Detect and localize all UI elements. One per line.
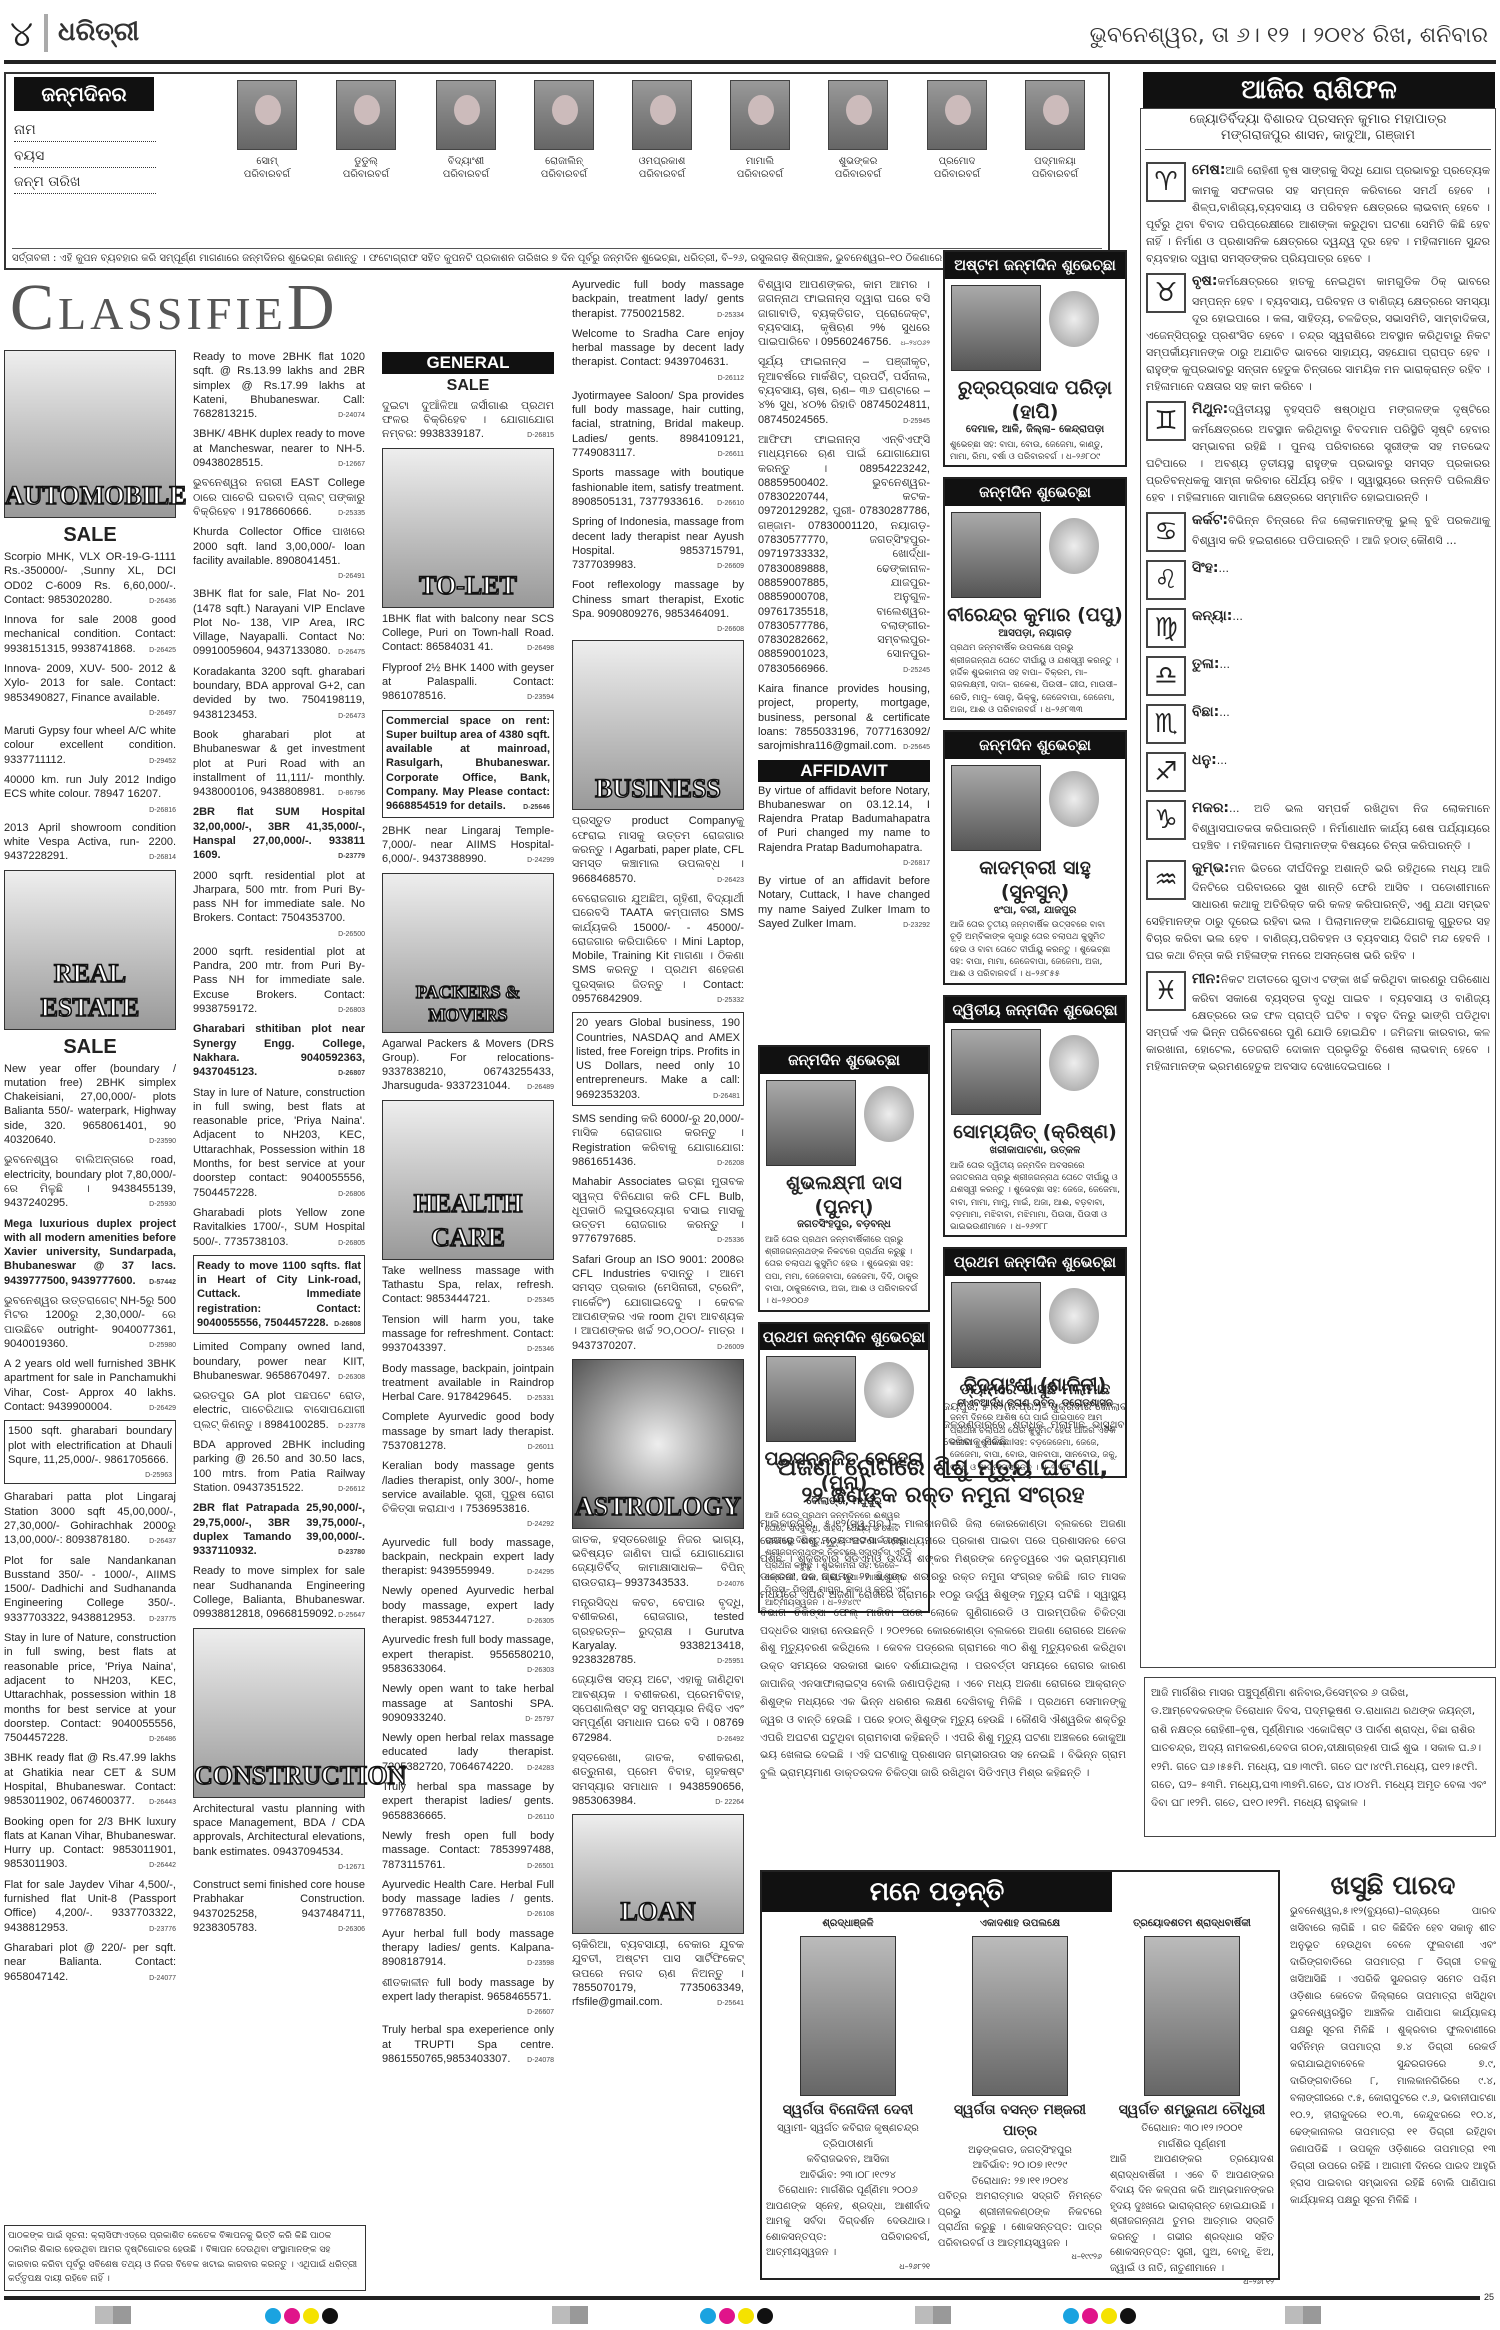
classified-ad: ଚାକିରିଆ, ବ୍ୟବସାୟୀ, ବେକାର ଯୁବକ ଯୁବତୀ, ଅଷ୍… [572,1938,744,2009]
fish-body: ଜୟପୁର, ୫।୧୨(ନି.ପ୍ର.)– ଶୁକ୍ରବାର କୋଲାବ ଜଳଭ… [943,1399,1127,1453]
sign-name: ବୃଷ: [1192,273,1217,289]
mercury-news: ଖସୁଛି ପାରଦ ଭୁବନେଶ୍ୱର,୫।୧୨(ବ୍ୟୁରୋ)–ରାଜ୍ୟର… [1290,1870,1496,2209]
affidavit-heading: AFFIDAVIT [758,760,930,782]
ad-text: 3BHK flat for sale, Flat No- 201 (1478 s… [193,588,365,657]
classified-ad: Limited Company owned land, boundary, po… [193,1340,365,1383]
sign-text: ... [1219,562,1230,575]
kid-name: ପଦ୍ମାଳୟା [1025,156,1085,169]
print-color-registration [265,2308,338,2324]
kid-photo [1025,80,1085,150]
registration-dot [700,2308,716,2324]
ad-code: D-26608 [717,625,744,634]
ad-code: D-26814 [149,853,176,862]
astrology-ads: ଜାତକ, ହସ୍ତରେଖାରୁ ନିଜର ଭାଗ୍ୟ, ଭବିଷ୍ୟତ ଜାଣ… [572,1533,744,1808]
kid-family: ପରିବାରବର୍ଗ [828,169,888,182]
horoscope-sign: ♓ମୀନ:ନିକଟ ଅତୀତରେ ଗୁଡାଏ ଟଙ୍କା ଖର୍ଚ୍ଚ କରିଥ… [1146,969,1490,1080]
ad-text: ସୂର୍ଯ୍ୟ ଫାଇନାନ୍ସ – ପଞ୍ଜୀକୃତ, ନୂଆବର୍ଷରେ ମ… [758,356,930,425]
ad-text: Stay in lure of Nature, construction in … [193,1087,365,1199]
classified-ad: Koradakanta 3200 sqft. gharabari boundar… [193,665,365,722]
ad-text: ବିଶ୍ୱାସ ଆପଣଙ୍କର, କାମ ଆମର । ଜଗନ୍ନାଥ ଫାଇନା… [758,279,930,348]
classified-ad: Gharabari sthitiban plot near Synergy En… [193,1022,365,1079]
packers-ads: Agarwal Packers & Movers (DRS Group). Fo… [382,1037,554,1094]
classified-ad: A 2 years old well furnished 3BHK apartm… [4,1357,176,1414]
birthday-wish-card: ଦ୍ୱିତୀୟ ଜନ୍ମଦିନ ଶୁଭେଚ୍ଛା ସୋମ୍ୟଜିତ୍ (କ୍ରି… [943,995,1127,1238]
coupon-kid: ଶୁଭଙ୍କର ପରିବାରବର୍ଗ [828,80,888,181]
sign-name: ଧନୁ: [1192,752,1217,768]
ad-code: D-26437 [149,1537,176,1546]
classified-ad: 2013 April showroom condition white Vesp… [4,821,176,864]
obit-code: ଧ–୧୯୯୨୬ [938,2251,1102,2263]
kid-name: ଶୁଭଙ୍କର [828,156,888,169]
classified-ad: Truly herbal spa massage by expert thera… [382,1780,554,1823]
classified-ad: By virtue of an affidavit before Notary,… [758,874,930,931]
wish-header: ଦ୍ୱିତୀୟ ଜନ୍ମଦିନ ଶୁଭେଚ୍ଛା [945,997,1125,1024]
horoscope-sign: ♋କର୍କଟ:ବିଭିନ୍ନ ଚିନ୍ତାରେ ନିଜ ଲୋକମାନଙ୍କୁ ଭ… [1146,510,1490,558]
wish-name: ଶୁଭଲକ୍ଷ୍ମୀ ଦାସ (ପୁନମ୍) [760,1172,928,1220]
ad-text: Mahabir Associates ଇଚ୍ଛା ମୁତାବକ ସ୍ୱଳ୍ପ ବ… [572,1176,744,1245]
ad-text: Stay in lure of Nature, construction in … [4,1632,176,1744]
ad-text: ବେରୋଜଗାର ଯୁଅଛିଅ, ଗୃହିଣୀ, ବିଦ୍ୟାର୍ଥୀ ଘରେବ… [572,893,744,1005]
classified-ad: 3BHK flat for sale, Flat No- 201 (1478 s… [193,587,365,658]
ad-code: D-26805 [338,1239,365,1248]
classified-ad: Scorpio MHK, VLX OR-19-G-1111 Rs.-350000… [4,550,176,607]
zodiac-icon: ♉ [1146,273,1186,313]
footer-page-number: 25 [1484,2292,1494,2303]
sign-name: ମକର: [1192,800,1229,816]
obit-died: ତିରୋଧାନ: ୨୭।୧୧।୨୦୧୪ [938,2174,1102,2190]
ad-text: 2000 sqrft. residential plot at Jharpara… [193,870,365,925]
business-label: BUSINESS [573,772,743,806]
birthday-wish-card: ଜନ୍ମଦିନ ଶୁଭେଚ୍ଛା ବୀରେନ୍ଦ୍ର କୁମାର (ପପୁ) ଆ… [943,477,1127,720]
classified-ad: Newly opened Ayurvedic herbal body massa… [382,1584,554,1627]
ad-code: D-26489 [527,1083,554,1092]
wish-header: ଜନ୍ମଦିନ ଶୁଭେଚ୍ଛା [945,479,1125,506]
classified-ad: Ready to move simplex for sale near Sudh… [193,1564,365,1621]
coupon-kid: ଓମପ୍ରକାଶ ପରିବାରବର୍ଗ [632,80,692,181]
ad-text: Welcome to Sradha Care enjoy herbal mass… [572,328,744,369]
zodiac-icon: ♐ [1146,752,1186,792]
classified-ad: Mega luxurious duplex project with all m… [4,1217,176,1288]
classified-ad: Mahabir Associates ଇଚ୍ଛା ମୁତାବକ ସ୍ୱଳ୍ପ ବ… [572,1175,744,1246]
obit-died: ମାର୍ଗଶିର ପୂର୍ଣ୍ଣମୀ [1110,2137,1274,2153]
horoscope-sign: ♑ମକର:... ଅତି ଭଲ ସମ୍ପର୍କ ରଖିଥିବା ନିଜ ଲୋକମ… [1146,798,1490,858]
ad-code: D-26425 [149,646,176,655]
ad-text: ମନ୍ତ୍ରସିଦ୍ଧ କବଚ, ବେପାର ବୃଦ୍ଧି, ବଶୀକରଣ, ର… [572,1597,744,1666]
registration-dot [303,2308,319,2324]
classified-ad: Khurda Collector Office ପାଖରେ 2000 sqft.… [193,525,365,581]
ad-code: D-26009 [717,1343,744,1352]
kid-photo [237,80,297,150]
classified-ad: 2BHK near Lingaraj Temple- 7,000/- near … [382,824,554,867]
classified-ad: ମନ୍ତ୍ରସିଦ୍ଧ କବଚ, ବେପାର ବୃଦ୍ଧି, ବଶୀକରଣ, ର… [572,1596,744,1667]
classified-ad: Newly open herbal relax massage educated… [382,1731,554,1774]
ad-code: D-24078 [527,2056,554,2065]
packers-image: PACKERS & MOVERS [382,873,554,1033]
ad-text: Architectural vastu planning with space … [193,1803,365,1858]
ad-code: D-26308 [338,1373,365,1382]
print-gray-mark [915,2306,951,2324]
ad-code: D-25963 [145,1471,172,1480]
wish-photo [951,285,1041,371]
ad-code: D-24283 [527,1764,554,1773]
classified-ad: ଭୁବନେଶ୍ୱର ନଗରୀ EAST College ଠାରେ ପାଚେରି … [193,476,365,519]
obit-place: ଅଢ଼ଙ୍କଗଡ, ଜଗତ୍‌ସିଂହପୁର [938,2143,1102,2159]
obit-tag: ଶ୍ରଦ୍ଧାଞ୍ଜଳି [766,1916,930,1932]
sign-name: କନ୍ୟା: [1192,608,1232,624]
ad-code: D-26816 [149,806,176,815]
classified-ad: 20 years Global business, 190 Countries,… [572,1012,744,1106]
ad-code: D-25646 [523,803,550,812]
ad-text: ଆଫିଫା ଫାଇନାନ୍ସ ଏନ୍‌ବିଏଫ୍‌ସି ମାଧ୍ୟମରେ ଋଣ … [758,434,930,675]
kid-photo [436,80,496,150]
kid-family: ପରିବାରବର୍ଗ [1025,169,1085,182]
ad-text: Jyotirmayee Saloon/ Spa provides full bo… [572,390,744,459]
classified-ad: Ready to move 2BHK flat 1020 sqft. @ Rs.… [193,350,365,421]
classified-ad: ହସ୍ତରେଖା, ଜାତକ, ବଶୀକରଣ, ଶତ୍ରୁନାଶ, ପ୍ରେମ … [572,1751,744,1808]
tolet-ads: 1BHK flat with balcony near SCS College,… [382,612,554,867]
classified-ad: 2BR flat Patrapada 25,90,000/-, 29,75,00… [193,1501,365,1558]
kid-family: ପରିବାରବର୍ଗ [436,169,496,182]
classified-ad: Book gharabari plot at Bhubaneswar & get… [193,728,365,799]
kid-family: ପରିବାରବର୍ଗ [632,169,692,182]
ad-text: Foot reflexology massage by Chiness smar… [572,579,744,620]
health-ads: Take wellness massage with Tathastu Spa,… [382,1264,554,2066]
ad-text: Kaira finance provides housing, project,… [758,683,930,752]
ad-code: D-26442 [149,1861,176,1870]
classified-ad: Gharabari patta plot Lingaraj Station 30… [4,1490,176,1547]
ad-text: Keralian body massage gents /ladies ther… [382,1460,554,1515]
obit-name: ସ୍ୱର୍ଗତା ବସନ୍ତ ମଞ୍ଜରୀ ପାତ୍ର [938,2100,1102,2143]
obit-text: ଆପଣଙ୍କ ସ୍ନେହ, ଶ୍ରଦ୍ଧା, ଆଶୀର୍ବାଦ ଆମକୁ ସର୍… [766,2199,930,2261]
classified-column-1: AUTOMOBILE SALE Scorpio MHK, VLX OR-19-G… [4,350,176,1990]
classified-ad: Ayur herbal full body massage therapy la… [382,1927,554,1970]
wish-photo [766,1356,856,1442]
loan-ads: ଚାକିରିଆ, ବ୍ୟବସାୟୀ, ବେକାର ଯୁବକ ଯୁବତୀ, ଅଷ୍… [572,1938,744,2009]
birthday-coupon-title: ଜନ୍ମଦିନର ଶୁଭେଚ୍ଛା [14,77,154,111]
ad-code: D-25930 [149,1200,176,1209]
classified-ad: New year offer (boundary / mutation free… [4,1062,176,1148]
obit-tag: ଏକାଦଶାହ ଉପଲକ୍ଷେ [938,1916,1102,1932]
masthead-divider [44,14,48,52]
coupon-name-field[interactable]: ନାମ [14,122,156,142]
main-news-body: ମାଲକାନଗିରି, ୫।୧୨(ସ୍ୱ.ପ୍ର.)– ମାଲକାନଗିରି ଜ… [760,1516,1126,1784]
fish-headline: ଡ୍ୟାମରେ ଭାସୁଛି ମଲାମାଛ [943,1380,1127,1399]
spa-ads: Ayurvedic full body massage backpain, tr… [572,278,744,634]
classified-ad: 1500 sqft. gharabari boundary plot with … [4,1420,176,1484]
general-sale-heading: SALE [382,376,554,397]
classified-ad: Innova- 2009, XUV- 500- 2012 & Xylo- 201… [4,662,176,718]
ad-text: New year offer (boundary / mutation free… [4,1063,176,1146]
loan-label: LOAN [573,1895,743,1929]
wish-code: ଧ–୨୬୨୮୮ [1015,1222,1048,1232]
ad-code: D-57442 [149,1278,176,1287]
ad-code: D-26498 [527,644,554,653]
obit-born: ତିରୋଧାନ: ୩୦।୧୨।୨୦୦୧ [1110,2121,1274,2137]
ad-text: Book gharabari plot at Bhubaneswar & get… [193,729,365,798]
ad-text: Safari Group an ISO 9001: 2008ର CFL Indu… [572,1254,744,1352]
classified-ad: Gharabari plot @ 220/- per sqft. near Ba… [4,1941,176,1984]
ad-text: Ready to move 2BHK flat 1020 sqft. @ Rs.… [193,351,365,420]
wish-code: ଧ–୨୬୮୦୯ [1066,452,1100,462]
classified-ad: Sports massage with boutique fashionable… [572,466,744,509]
automobile-label: AUTOMOBILE [5,479,175,513]
ad-code: D-23776 [149,1925,176,1934]
ad-code: D-26108 [527,1910,554,1919]
horoscope-sign: ♍କନ୍ୟା:... [1146,606,1490,654]
ad-code: D-25945 [903,417,930,426]
classified-ad: Complete Ayurvedic good body massage by … [382,1410,554,1453]
horoscope-sign: ♒କୁମ୍ଭ:ମନ ଭିତରେ ଦୀର୍ଘଦିନରୁ ଅଶାନ୍ତି ଭରି ର… [1146,858,1490,969]
classified-ad: ଭୁବନେଶ୍ୱର ବାଲିଅନ୍ତାରେ road, electricity,… [4,1153,176,1210]
wish-code: ଧ–୨୬୦୦୬ [772,1296,809,1306]
zodiac-icon: ♌ [1146,560,1186,600]
sign-name: ମେଷ: [1192,162,1225,178]
ad-text: Plot for sale Nandankanan Busstand 350/-… [4,1555,176,1624]
ad-code: D-26481 [713,1092,740,1101]
kid-family: ପରିବାରବର୍ଗ [534,169,594,182]
wishes-column-a: ଅଷ୍ଟମ ଜନ୍ମଦିନ ଶୁଭେଚ୍ଛା ରୁଦ୍ରପ୍ରସାଦ ପରିଡ଼… [943,250,1127,1488]
ad-code: D-25980 [149,1341,176,1350]
registration-dot [1063,2308,1079,2324]
ad-code: D-26429 [149,1404,176,1413]
classified-ad: Keralian body massage gents /ladies ther… [382,1459,554,1529]
ad-code: D-24077 [149,1974,176,1983]
zodiac-icon: ♓ [1146,971,1186,1011]
classified-column-5: ବିଶ୍ୱାସ ଆପଣଙ୍କର, କାମ ଆମର । ଜଗନ୍ନାଥ ଫାଇନା… [758,278,930,937]
classified-ad: Safari Group an ISO 9001: 2008ର CFL Indu… [572,1253,744,1353]
ad-code: D-26491 [338,572,365,581]
classified-ad: ଦୁଇଟା ଦୁଆଁଳିଆ ଜର୍ସୀଗାଈ ପ୍ରଥମ ଫଳର ବିକ୍ରିହ… [382,399,554,442]
wish-place: ଝଂପା, ବରୀ, ଯାଜପୁର [945,905,1125,918]
classified-ad: Foot reflexology massage by Chiness smar… [572,578,744,634]
zodiac-icon: ♍ [1146,608,1186,648]
horoscope-sign: ♊ମିଥୁନ:ଦ୍ୱିତୀୟସ୍ଥ ବୃହସ୍ପତି ଷଷ୍ଠାଧିପ ମଙ୍ଗ… [1146,399,1490,510]
wish-photo [766,1080,856,1166]
footer-rule [4,2296,1480,2300]
reader-notice: ପାଠକଙ୍କ ପାଇଁ ସୂଚନା: କ୍ଲାସିଫାଏଡ୍‌ରେ ପ୍ରକା… [4,2225,366,2291]
sign-text: କର୍ମକ୍ଷେତ୍ରରେ ହାତକୁ ନେଇଥିବା କାମଗୁଡିକ ଠିକ… [1146,275,1490,393]
ad-code: D-25332 [717,996,744,1005]
kid-name: ପ୍ରମୋଦ [927,156,987,169]
sign-name: ତୁଳା: [1192,656,1219,672]
construction-image: CONSTRUCTION [193,1628,365,1798]
ad-code: D-26112 [718,374,744,383]
obit-photo [972,1936,1068,2096]
registration-dot [322,2308,338,2324]
horoscope-sign: ♈ମେଷ:ଆଜି ରୋହିଣୀ ବୃଷ ସାଙ୍ଗକୁ ସିଦ୍ଧି ଯୋଗ ପ… [1146,160,1490,271]
kid-photo [927,80,987,150]
registration-dot [1101,2308,1117,2324]
classified-ad: ଜ୍ୟୋତିଷ ସତ୍ୟ ଅଟେ, ଏହାକୁ ଜାଣିଥିବା ଆବଶ୍ୟକ … [572,1673,744,1744]
classified-ad: Ayurvedic full body massage backpain, tr… [572,278,744,321]
coupon-kid: ବିଦ୍ୟାଂଶୀ ପରିବାରବର୍ଗ [436,80,496,181]
automobile-image: AUTOMOBILE [4,350,176,518]
ad-text: By virtue of affidavit before Notary, Bh… [758,785,930,854]
classified-ad: Agarwal Packers & Movers (DRS Group). Fo… [382,1037,554,1094]
obit-photo [1144,1936,1240,2096]
ad-code: D-26612 [338,1485,365,1494]
classified-ad: Stay in lure of Nature, construction in … [4,1631,176,1745]
wish-header: ପ୍ରଥମ ଜନ୍ମଦିନ ଶୁଭେଚ୍ଛା [945,1249,1125,1276]
classified-ad: Ayurvedic fresh full body massage, exper… [382,1633,554,1676]
print-color-registration [1063,2308,1136,2324]
horoscope-sign: ♉ବୃଷ:କର୍ମକ୍ଷେତ୍ରରେ ହାତକୁ ନେଇଥିବା କାମଗୁଡି… [1146,271,1490,399]
classified-ad: ଆଫିଫା ଫାଇନାନ୍ସ ଏନ୍‌ବିଏଫ୍‌ସି ମାଧ୍ୟମରେ ଋଣ … [758,433,930,676]
wish-name: ବୀରେନ୍ଦ୍ର କୁମାର (ପପୁ) [945,604,1125,628]
ad-code: D-25336 [717,1236,744,1245]
healthcare-label: HEALTH CARE [383,1187,553,1255]
wish-code: ଧ–୨୬୮୫୫ [1025,969,1060,979]
kid-name: ଡୁଡୁଲ୍ [336,156,396,169]
ad-text: 40000 km. run July 2012 Indigo ECS white… [4,774,176,800]
ad-code: D- 22264 [715,1798,744,1807]
classified-ad: Gharabadi plots Yellow zone Ravitalkies … [193,1206,365,1249]
obituary-entry: ତ୍ରୟୋଦଶତମ ଶ୍ରାଦ୍ଧବାର୍ଷିକୀ ସ୍ୱର୍ଗତ ଶମ୍ଭୁନ… [1106,1916,1278,2289]
classified-ad: ବିଶ୍ୱାସ ଆପଣଙ୍କର, କାମ ଆମର । ଜଗନ୍ନାଥ ଫାଇନା… [758,278,930,349]
masthead-rule [4,60,1496,64]
ad-code: D-24076 [717,1580,744,1589]
sign-name: କର୍କଟ: [1192,512,1228,528]
sign-name: ସିଂହ: [1192,560,1219,576]
obit-name: ସ୍ୱର୍ଗତା ବିନୋଦିନୀ ଦେବୀ [766,2100,930,2122]
obit-born: ଆବିର୍ଭାବ: ୨୦।୦୭।୧୯୨୯ [938,2158,1102,2174]
ad-code: D- 25797 [525,1715,554,1724]
classified-ad: Maruti Gypsy four wheel A/C white colour… [4,724,176,767]
panchang-text: ଆଜି ମାର୍ଗଶିର ମାସର ପଞ୍ଚୁପୂର୍ଣ୍ଣିମା ଶନିବାର… [1151,1687,1486,1809]
obit-code: ଧ–୨୬୮୨୧ [766,2261,930,2273]
classified-ad: 3BHK/ 4BHK duplex ready to move at Manch… [193,427,365,470]
kid-name: ଓମପ୍ରକାଶ [632,156,692,169]
ad-code: D-25345 [527,1296,554,1305]
obit-place: କବିରାଜଭବନ, ଆସିକା [766,2152,930,2168]
ad-text: Innova- 2009, XUV- 500- 2012 & Xylo- 201… [4,663,176,704]
birthday-wish-card: ଜନ୍ମଦିନ ଶୁଭେଚ୍ଛା ଶୁଭଲକ୍ଷ୍ମୀ ଦାସ (ପୁନମ୍) … [758,1045,930,1312]
ad-code: D-23775 [149,1615,176,1624]
coupon-age-field[interactable]: ବୟସ [14,148,156,168]
horoscope-author-name: ଜ୍ୟୋତିର୍ବିଦ୍ୟା ବିଶାରଦ ପ୍ରସନ୍ନ କୁମାର ମହାପ… [1145,112,1491,128]
classified-ad: Spring of Indonesia, massage from decent… [572,515,744,572]
sign-text: ... [1217,754,1228,767]
sign-name: ବିଛା: [1192,704,1219,720]
coupon-kid: ମାମାଲି ପରିବାରବର୍ଗ [730,80,790,181]
ad-code: D-24074 [338,411,365,420]
kid-family: ପରିବାରବର୍ଗ [336,169,396,182]
sign-text: ... ଅତି ଭଲ ସମ୍ପର୍କ ରଖିଥିବା ନିଜ ଲୋକମାନେ ବ… [1192,802,1490,852]
coupon-dob-field[interactable]: ଜନ୍ମ ତାରିଖ [14,174,156,194]
ad-code: D-26497 [149,709,176,718]
ad-code: D-26423 [717,876,744,885]
ad-code: D-25334 [717,311,744,320]
ad-code: D-24299 [527,856,554,865]
zodiac-icon: ♈ [1146,162,1186,202]
classified-ad: Truly herbal spa exeperience only at TRU… [382,2023,554,2066]
kid-family: ପରିବାରବର୍ଗ [927,169,987,182]
balloon-icon [864,1086,914,1142]
automobile-sale-heading: SALE [4,522,176,548]
ad-code: D-25331 [527,1394,554,1403]
sign-name: ମିଥୁନ: [1192,401,1228,417]
realestate-ads: New year offer (boundary / mutation free… [4,1062,176,1984]
classified-ad: ଭରତପୁର GA plot ପଛପଟେ ରୋଡ, electric, ପାଚେ… [193,1389,365,1432]
construction-label: CONSTRUCTION [194,1759,364,1793]
sign-name: କୁମ୍ଭ: [1192,860,1229,876]
ad-code: D-26815 [527,431,554,440]
ad-code: D-26803 [338,1006,365,1015]
horoscope-title: ଆଜିର ରାଶିଫଳ [1143,72,1495,108]
zodiac-icon: ♑ [1146,800,1186,840]
ad-code: D-26303 [527,1666,554,1675]
ad-code: D-23778 [338,1422,365,1431]
classified-column-3: GENERAL SALE ଦୁଇଟା ଦୁଆଁଳିଆ ଜର୍ସୀଗାଈ ପ୍ରଥ… [382,350,554,2072]
classified-ad: Ready to move 1100 sqfts. flat in Heart … [193,1255,365,1334]
wish-place: ଦେମାଳ, ଆଳି, ଜିଲ୍ଲା– କେନ୍ଦ୍ରାପଡ଼ା [945,424,1125,437]
coupon-kid: ଡୁଡୁଲ୍ ପରିବାରବର୍ଗ [336,80,396,181]
ad-code: D-25645 [903,743,930,752]
wish-code: ଧ–୨୬୮୩୩ [1045,705,1082,715]
classified-column-2: Ready to move 2BHK flat 1020 sqft. @ Rs.… [193,350,365,1941]
registration-dot [1082,2308,1098,2324]
ad-text: 2000 sqrft. residential plot at Pandra, … [193,946,365,1015]
ad-code: D-25346 [527,1345,554,1354]
sign-name: ମୀନ: [1192,971,1221,987]
affidavit-ads: By virtue of affidavit before Notary, Bh… [758,784,930,932]
obituary-banner: ମନେ ପଡ଼ନ୍ତି [762,1872,1112,1912]
tolet-image: TO-LET [382,448,554,608]
coupon-kid: ରୋଜାଲିନ୍ ପରିବାରବର୍ଗ [534,80,594,181]
obit-text: ଆଜି ଆପଣଙ୍କର ତ୍ରୟୋଦଶ ଶ୍ରାଦ୍ଧବାର୍ଷିକୀ । ଏବ… [1110,2152,1274,2276]
wish-photo [951,765,1041,851]
ad-code: D-26208 [717,1159,744,1168]
obituary-entry: ଏକାଦଶାହ ଉପଲକ୍ଷେ ସ୍ୱର୍ଗତା ବସନ୍ତ ମଞ୍ଜରୀ ପା… [934,1916,1106,2289]
ad-code: D-26305 [527,1617,554,1626]
classified-ad: ଭୁବନେଶ୍ୱର ଉତ୍ତରାଗେଟ୍ NH-5ରୁ 500 ମିଟର 120… [4,1294,176,1351]
ad-code: D-86796 [338,789,365,798]
sign-text: ... [1232,610,1243,623]
astrology-label: ASTROLOGY [573,1490,743,1524]
classified-ad: SMS sending କରି 6000/-ରୁ 20,000/- ମାସିକ … [572,1112,744,1169]
date-line: ଭୁବନେଶ୍ୱର, ତା ୬। ୧୨ । ୨୦୧୪ ରିଖ, ଶନିବାର [1090,22,1488,50]
astrology-image: ASTROLOGY [572,1359,744,1529]
obit-relation: ସ୍ୱାମୀ- ସ୍ୱର୍ଗତ କବିରାଜ କୃଷ୍ଣଚନ୍ଦ୍ର ତ୍ରିପ… [766,2121,930,2152]
classified-ad: ପ୍ରସ୍ତୁତ product Companyକୁ ଫେରାଇ ମାସକୁ ଉ… [572,814,744,885]
coupon-kid: ସୋମ୍ ପରିବାରବର୍ଗ [237,80,297,181]
sign-text: ନିକଟ ଅତୀତରେ ଗୁଡାଏ ଟଙ୍କା ଖର୍ଚ୍ଚ କରିଥିବା କ… [1146,973,1490,1074]
registration-dot [1120,2308,1136,2324]
classified-ad: 3BHK ready flat @ Rs.47.99 lakhs at Ghat… [4,1751,176,1808]
balloon-icon [864,1362,914,1418]
wish-header: ଜନ୍ମଦିନ ଶୁଭେଚ୍ଛା [945,732,1125,759]
print-color-registration [700,2308,773,2324]
classified-ad: Ayurvedic full body massage, backpain, n… [382,1536,554,1579]
fish-news: ଡ୍ୟାମରେ ଭାସୁଛି ମଲାମାଛ ଜୟପୁର, ୫।୧୨(ନି.ପ୍ର… [943,1380,1127,1452]
ad-code: D-25951 [717,1657,744,1666]
wish-name: ରୁଦ୍ରପ୍ରସାଦ ପରିଡ଼ା (ହାପି) [945,377,1125,425]
coupon-kid: ପ୍ରମୋଦ ପରିବାରବର୍ଗ [927,80,987,181]
horoscope-sign: ♌ସିଂହ:... [1146,558,1490,606]
wish-photo [951,1029,1041,1115]
automobile-ads: Scorpio MHK, VLX OR-19-G-1111 Rs.-350000… [4,550,176,864]
kid-name: ବିଦ୍ୟାଂଶୀ [436,156,496,169]
ad-code: D-26607 [527,2008,554,2017]
obit-photo [800,1936,896,2096]
classified-ad: Tension will harm you, take massage for … [382,1313,554,1356]
zodiac-icon: ♎ [1146,656,1186,696]
sign-text: ... [1219,658,1230,671]
obit-text: ପବିତ୍ର ଅମରାତ୍ମାର ସଦ୍‌ଗତି ନିମନ୍ତେ ପ୍ରଭୁ ଶ… [938,2189,1102,2251]
mercury-headline: ଖସୁଛି ପାରଦ [1290,1870,1496,1903]
realestate-label: REAL ESTATE [5,957,175,1025]
kid-photo [534,80,594,150]
